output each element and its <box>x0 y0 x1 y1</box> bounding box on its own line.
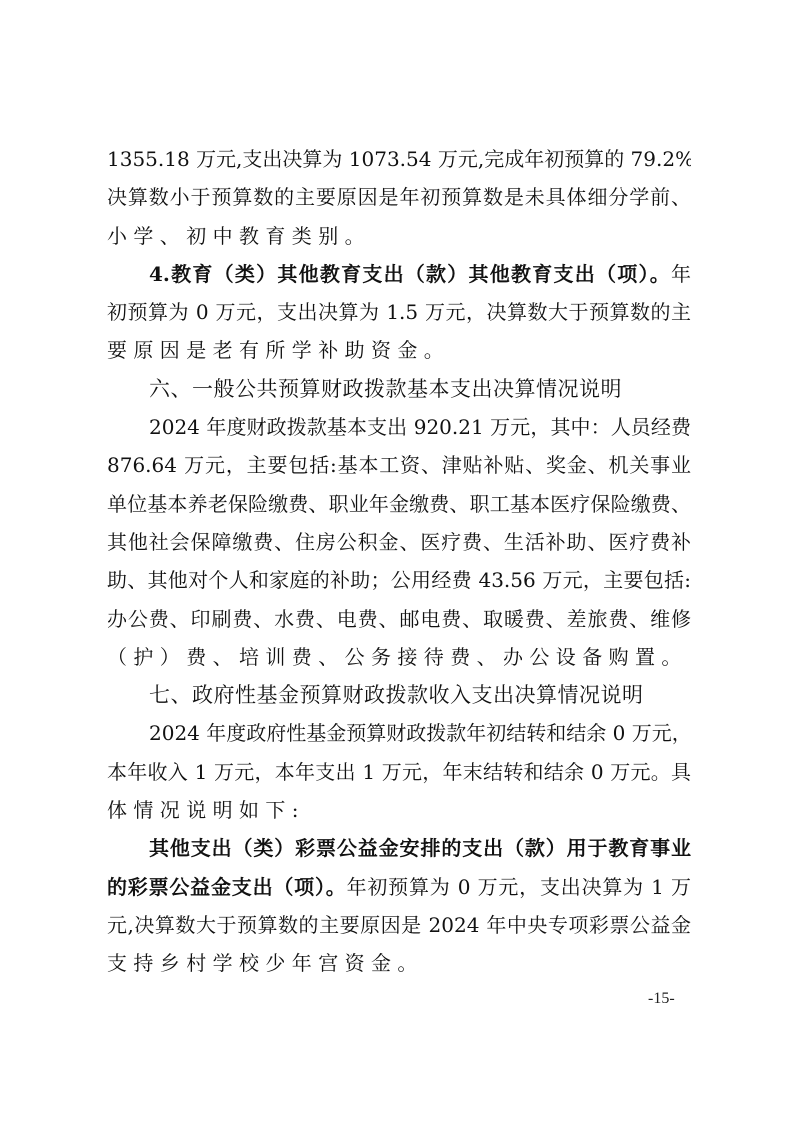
body-text: 年初预算为 0 万元，支出决算为 1 万 <box>347 875 691 899</box>
body-line: 元,决算数大于预算数的主要原因是 2024 年中央专项彩票公益金 <box>107 906 691 944</box>
body-line: 要原因是老有所学补助资金。 <box>107 331 691 369</box>
page-number: -15- <box>648 990 675 1008</box>
body-text: 年 <box>671 262 691 286</box>
section-heading-6: 六、一般公共预算财政拨款基本支出决算情况说明 <box>107 370 691 408</box>
body-line-with-bold-lead: 的彩票公益金支出（项）。年初预算为 0 万元，支出决算为 1 万 <box>107 868 691 906</box>
body-line-with-bold-lead: 4.教育（类）其他教育支出（款）其他教育支出（项）。年 <box>107 255 691 293</box>
body-line: 2024 年度财政拨款基本支出 920.21 万元，其中：人员经费 <box>107 408 691 446</box>
body-line: 小学、初中教育类别。 <box>107 217 691 255</box>
body-line: 1355.18 万元,支出决算为 1073.54 万元,完成年初预算的 79.2… <box>107 140 691 178</box>
section-heading-7: 七、政府性基金预算财政拨款收入支出决算情况说明 <box>107 676 691 714</box>
bold-item-title: 的彩票公益金支出（项）。 <box>107 875 347 899</box>
body-line: （护）费、培训费、公务接待费、办公设备购置。 <box>107 638 691 676</box>
body-line: 助、其他对个人和家庭的补助；公用经费 43.56 万元，主要包括: <box>107 561 691 599</box>
body-line: 其他社会保障缴费、住房公积金、医疗费、生活补助、医疗费补 <box>107 523 691 561</box>
bold-item-title-line: 其他支出（类）彩票公益金安排的支出（款）用于教育事业 <box>107 829 691 867</box>
body-line: 初预算为 0 万元，支出决算为 1.5 万元，决算数大于预算数的主 <box>107 293 691 331</box>
document-page: 1355.18 万元,支出决算为 1073.54 万元,完成年初预算的 79.2… <box>107 140 691 983</box>
bold-item-title: 4.教育（类）其他教育支出（款）其他教育支出（项）。 <box>149 262 671 286</box>
body-line: 876.64 万元，主要包括:基本工资、津贴补贴、奖金、机关事业 <box>107 446 691 484</box>
body-line: 办公费、印刷费、水费、电费、邮电费、取暖费、差旅费、维修 <box>107 600 691 638</box>
body-line: 单位基本养老保险缴费、职业年金缴费、职工基本医疗保险缴费、 <box>107 485 691 523</box>
body-line: 体情况说明如下: <box>107 791 691 829</box>
body-line: 决算数小于预算数的主要原因是年初预算数是未具体细分学前、 <box>107 178 691 216</box>
body-line: 本年收入 1 万元，本年支出 1 万元，年末结转和结余 0 万元。具 <box>107 753 691 791</box>
body-line: 支持乡村学校少年宫资金。 <box>107 944 691 982</box>
body-line: 2024 年度政府性基金预算财政拨款年初结转和结余 0 万元， <box>107 714 691 752</box>
